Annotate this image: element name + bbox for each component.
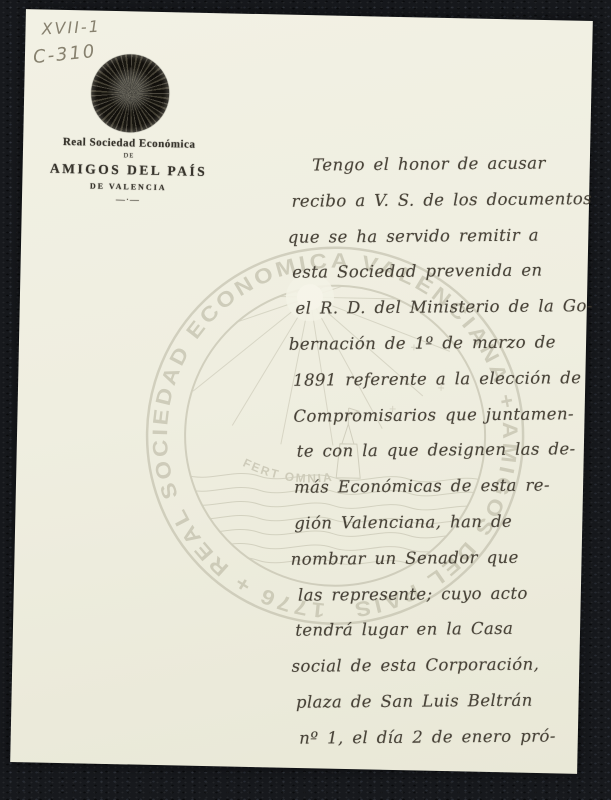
manuscript-line: te con la que designen las de- (297, 431, 594, 469)
letterhead-divider: —·— (38, 192, 218, 206)
manuscript-text: Tengo el honor de acusar recibo a V. S. … (291, 145, 596, 756)
manuscript-line: recibo a V. S. de los documentos (291, 181, 591, 219)
manuscript-line: tendrá lugar en la Casa (295, 610, 595, 648)
manuscript-line: nombrar un Senador que (291, 539, 595, 577)
manuscript-line: plaza de San Luis Beltrán (296, 682, 596, 720)
letterhead-line2: DE (39, 150, 219, 161)
archival-mark-top: XVII-1 (41, 17, 101, 39)
manuscript-line: social de esta Corporación, (291, 646, 595, 684)
manuscript-line: bernación de 1º de marzo de (289, 324, 593, 362)
manuscript-line: las represente; cuyo acto (298, 575, 595, 613)
manuscript-line: nº 1, el día 2 de enero pró- (299, 718, 596, 756)
manuscript-line: Tengo el honor de acusar (294, 145, 591, 183)
letter-page: 1776 + REAL SOCIEDAD ECONOMICA VALENCIAN… (10, 9, 593, 774)
manuscript-line: Compromisarios que juntamen- (293, 396, 593, 434)
manuscript-line: esta Sociedad prevenida en (292, 252, 592, 290)
letterhead-line4: DE VALENCIA (38, 180, 218, 193)
manuscript-line: el R. D. del Ministerio de la Go- (295, 288, 592, 326)
scanned-letter-screenshot: { "document": { "archival_marks": { "mar… (0, 0, 611, 800)
manuscript-line: que se ha servido remitir a (288, 217, 592, 255)
letterhead-line3: AMIGOS DEL PAÍS (38, 160, 218, 180)
manuscript-line: gión Valenciana, han de (294, 503, 594, 541)
letterhead: Real Sociedad Económica DE AMIGOS DEL PA… (38, 135, 219, 206)
archival-mark-bottom: C-310 (32, 41, 97, 68)
manuscript-line: 1891 referente a la elección de (293, 360, 593, 398)
manuscript-line: más Económicas de esta re- (294, 467, 594, 505)
society-seal-icon (90, 54, 170, 134)
letterhead-line1: Real Sociedad Económica (39, 135, 219, 151)
